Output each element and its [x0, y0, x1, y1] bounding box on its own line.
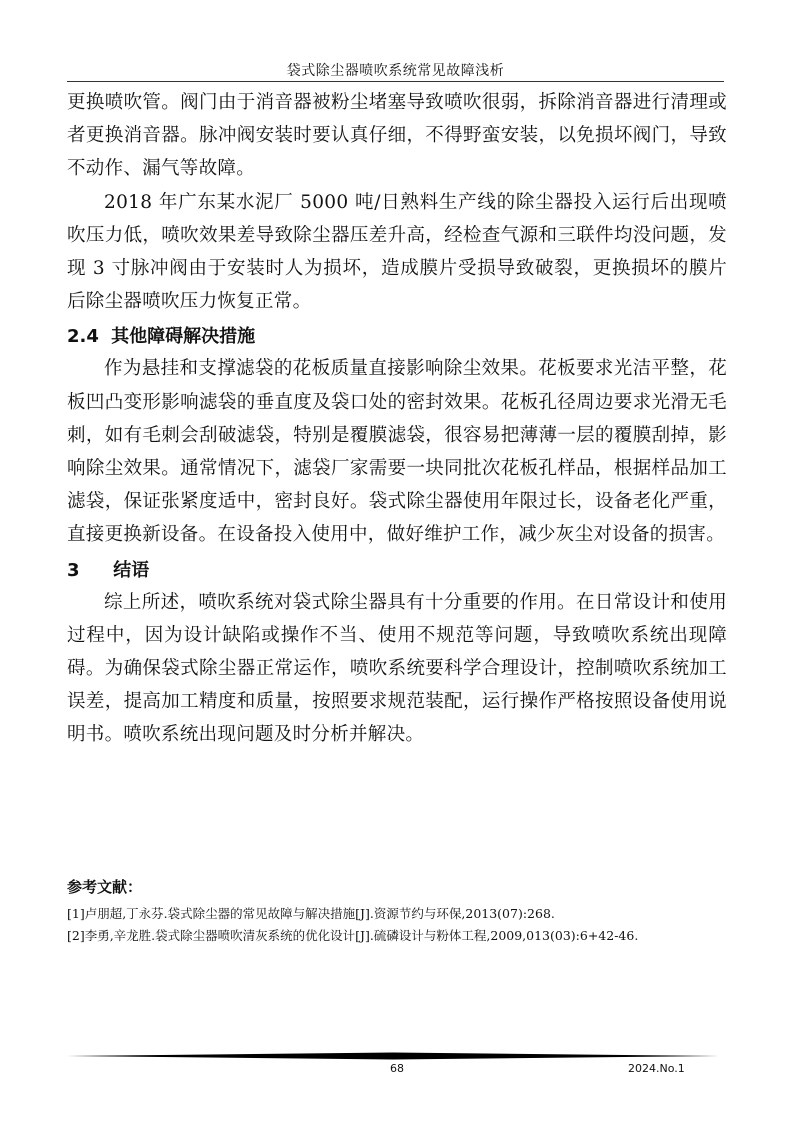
header-rule — [67, 81, 724, 82]
section-number: 2.4 — [67, 322, 99, 352]
references-title: 参考文献： — [67, 875, 727, 899]
section-heading-2-4: 2.4 其他障碍解决措施 — [67, 322, 727, 352]
body-paragraph-case-study: 2018 年广东某水泥厂 5000 吨/日熟料生产线的除尘器投入运行后出现喷吹压… — [67, 186, 727, 319]
section-title: 结语 — [113, 560, 149, 581]
reference-item: [2]李勇,辛龙胜.袋式除尘器喷吹清灰系统的优化设计[J].硫磷设计与粉体工程,… — [67, 925, 727, 947]
page-number: 68 — [380, 1062, 414, 1075]
footer-rule — [67, 1052, 719, 1060]
section-2-4-paragraph: 作为悬挂和支撑滤袋的花板质量直接影响除尘效果。花板要求光洁平整，花板凹凸变形影响… — [67, 352, 727, 551]
references-section: 参考文献： [1]卢朋超,丁永芬.袋式除尘器的常见故障与解决措施[J].资源节约… — [67, 875, 727, 947]
section-number: 3 — [67, 556, 107, 586]
body-paragraph: 更换喷吹管。阀门由于消音器被粉尘堵塞导致喷吹很弱，拆除消音器进行清理或者更换消音… — [67, 86, 727, 186]
section-heading-3: 3 结语 — [67, 556, 727, 586]
reference-item: [1]卢朋超,丁永芬.袋式除尘器的常见故障与解决措施[J].资源节约与环保,20… — [67, 903, 727, 925]
issue-label: 2024.No.1 — [628, 1062, 685, 1075]
running-header-title: 袋式除尘器喷吹系统常见故障浅析 — [67, 62, 724, 80]
article-body: 更换喷吹管。阀门由于消音器被粉尘堵塞导致喷吹很弱，拆除消音器进行清理或者更换消音… — [67, 86, 727, 752]
conclusion-paragraph: 综上所述，喷吹系统对袋式除尘器具有十分重要的作用。在日常设计和使用过程中，因为设… — [67, 586, 727, 752]
section-title: 其他障碍解决措施 — [111, 326, 255, 347]
